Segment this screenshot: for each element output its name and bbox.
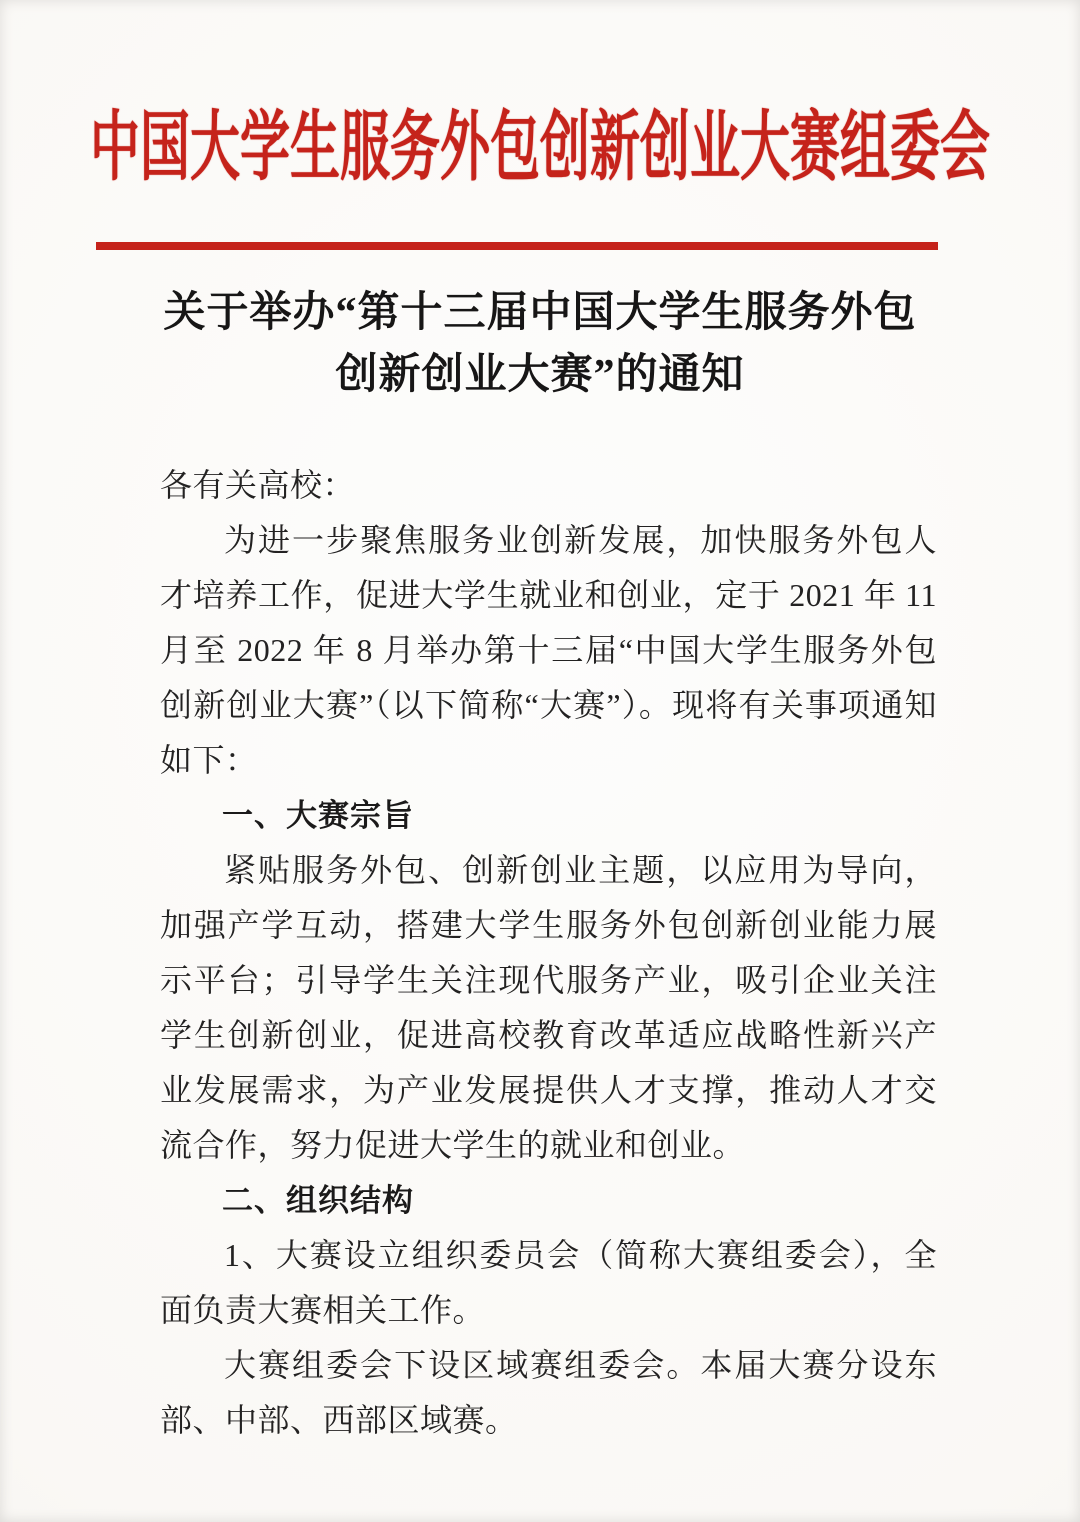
notice-title-line-1: 关于举办“第十三届中国大学生服务外包 <box>0 282 1080 344</box>
section-heading-2: 二、组织结构 <box>160 1173 937 1228</box>
section-heading-1: 一、大赛宗旨 <box>160 788 937 843</box>
intro-paragraph: 为进一步聚焦服务业创新发展，加快服务外包人才培养工作，促进大学生就业和创业，定于… <box>160 513 937 788</box>
section-1-paragraph: 紧贴服务外包、创新创业主题，以应用为导向，加强产学互动，搭建大学生服务外包创新创… <box>160 843 937 1173</box>
notice-body: 各有关高校： 为进一步聚焦服务业创新发展，加快服务外包人才培养工作，促进大学生就… <box>0 458 1080 1448</box>
letterhead-org-name: 中国大学生服务外包创新创业大赛组委会 <box>90 109 990 185</box>
letterhead-divider-rule <box>96 242 938 250</box>
section-2-paragraph-2: 大赛组委会下设区域赛组委会。本届大赛分设东部、中部、西部区域赛。 <box>160 1338 937 1448</box>
notice-title: 关于举办“第十三届中国大学生服务外包 创新创业大赛”的通知 <box>0 282 1080 406</box>
scanned-notice-page: 中国大学生服务外包创新创业大赛组委会 关于举办“第十三届中国大学生服务外包 创新… <box>0 0 1080 1522</box>
letterhead: 中国大学生服务外包创新创业大赛组委会 <box>0 0 1080 250</box>
notice-title-line-2: 创新创业大赛”的通知 <box>0 344 1080 406</box>
section-2-paragraph-1: 1、大赛设立组织委员会（简称大赛组委会），全面负责大赛相关工作。 <box>160 1228 937 1338</box>
salutation: 各有关高校： <box>160 458 937 513</box>
